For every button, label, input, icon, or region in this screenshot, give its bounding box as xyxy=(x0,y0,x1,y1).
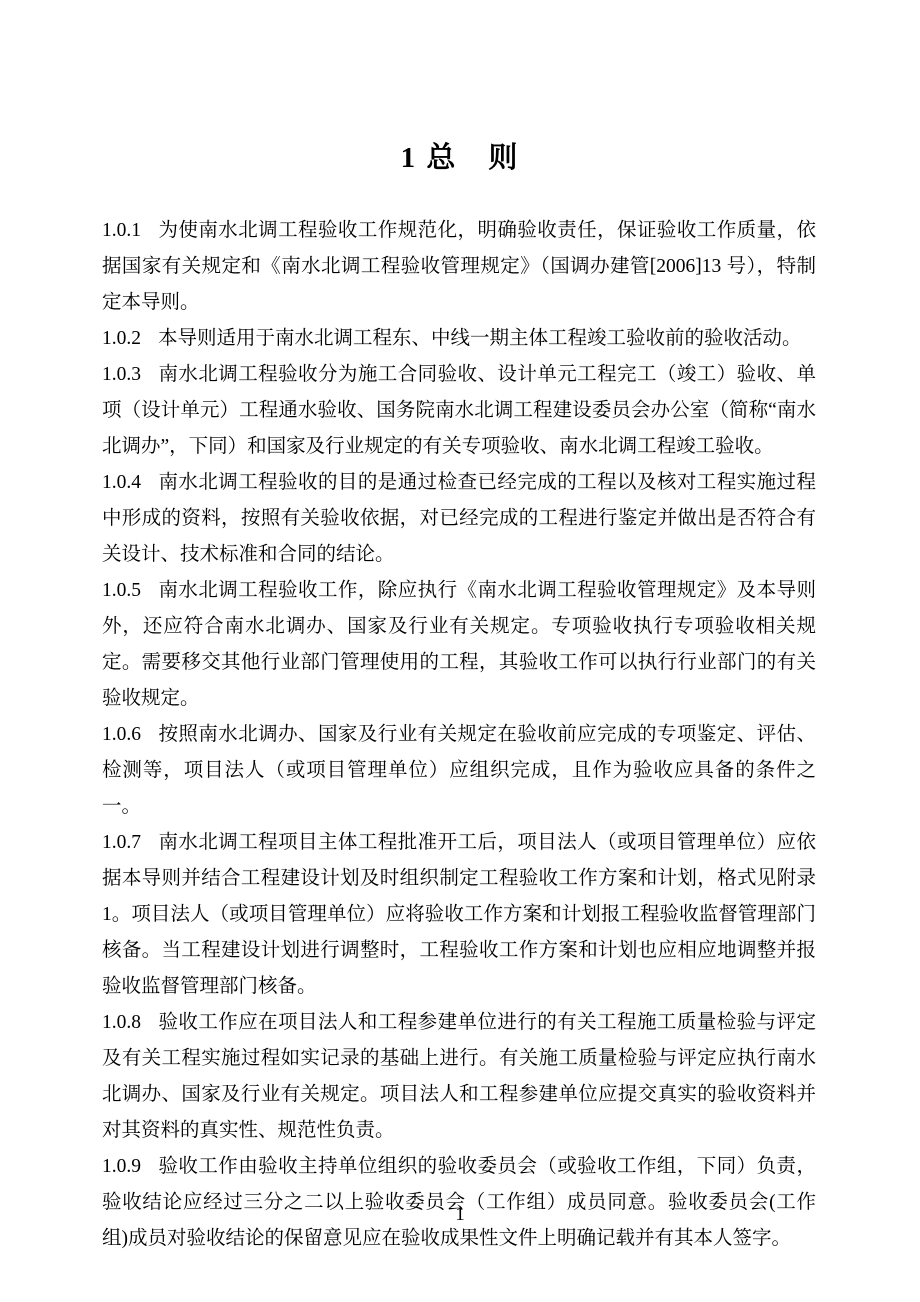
clause-number: 1.0.7 xyxy=(102,825,141,861)
clause-1-0-1: 1.0.1为使南水北调工程验收工作规范化，明确验收责任，保证验收工作质量，依据国… xyxy=(102,213,816,321)
clause-number: 1.0.3 xyxy=(102,357,141,393)
clause-text: 南水北调工程验收分为施工合同验收、设计单元工程完工（竣工）验收、单项（设计单元）… xyxy=(102,364,816,457)
clause-1-0-5: 1.0.5南水北调工程验收工作，除应执行《南水北调工程验收管理规定》及本导则外，… xyxy=(102,573,816,717)
clause-number: 1.0.5 xyxy=(102,573,141,609)
clause-number: 1.0.8 xyxy=(102,1005,141,1041)
clause-text: 为使南水北调工程验收工作规范化，明确验收责任，保证验收工作质量，依据国家有关规定… xyxy=(102,220,816,313)
clause-text: 南水北调工程验收的目的是通过检查已经完成的工程以及核对工程实施过程中形成的资料，… xyxy=(102,472,816,565)
clause-1-0-2: 1.0.2本导则适用于南水北调工程东、中线一期主体工程竣工验收前的验收活动。 xyxy=(102,321,816,357)
clause-number: 1.0.1 xyxy=(102,213,141,249)
page-number: 1 xyxy=(0,1197,920,1233)
clause-text: 本导则适用于南水北调工程东、中线一期主体工程竣工验收前的验收活动。 xyxy=(158,328,802,349)
clause-text: 验收工作应在项目法人和工程参建单位进行的有关工程施工质量检验与评定及有关工程实施… xyxy=(102,1012,816,1141)
clause-text: 按照南水北调办、国家及行业有关规定在验收前应完成的专项鉴定、评估、检测等，项目法… xyxy=(102,724,816,817)
clause-1-0-7: 1.0.7南水北调工程项目主体工程批准开工后，项目法人（或项目管理单位）应依据本… xyxy=(102,825,816,1005)
clause-1-0-8: 1.0.8验收工作应在项目法人和工程参建单位进行的有关工程施工质量检验与评定及有… xyxy=(102,1005,816,1149)
clause-number: 1.0.6 xyxy=(102,717,141,753)
document-body: 1.0.1为使南水北调工程验收工作规范化，明确验收责任，保证验收工作质量，依据国… xyxy=(102,213,816,1257)
clause-text: 南水北调工程验收工作，除应执行《南水北调工程验收管理规定》及本导则外，还应符合南… xyxy=(102,580,816,709)
chapter-title: 1 总 则 xyxy=(0,0,920,178)
clause-number: 1.0.2 xyxy=(102,321,141,357)
clause-number: 1.0.4 xyxy=(102,465,141,501)
clause-1-0-6: 1.0.6按照南水北调办、国家及行业有关规定在验收前应完成的专项鉴定、评估、检测… xyxy=(102,717,816,825)
document-page: 1 总 则 1.0.1为使南水北调工程验收工作规范化，明确验收责任，保证验收工作… xyxy=(0,0,920,1302)
clause-1-0-3: 1.0.3南水北调工程验收分为施工合同验收、设计单元工程完工（竣工）验收、单项（… xyxy=(102,357,816,465)
clause-text: 南水北调工程项目主体工程批准开工后，项目法人（或项目管理单位）应依据本导则并结合… xyxy=(102,832,816,997)
clause-1-0-4: 1.0.4南水北调工程验收的目的是通过检查已经完成的工程以及核对工程实施过程中形… xyxy=(102,465,816,573)
clause-number: 1.0.9 xyxy=(102,1149,141,1185)
